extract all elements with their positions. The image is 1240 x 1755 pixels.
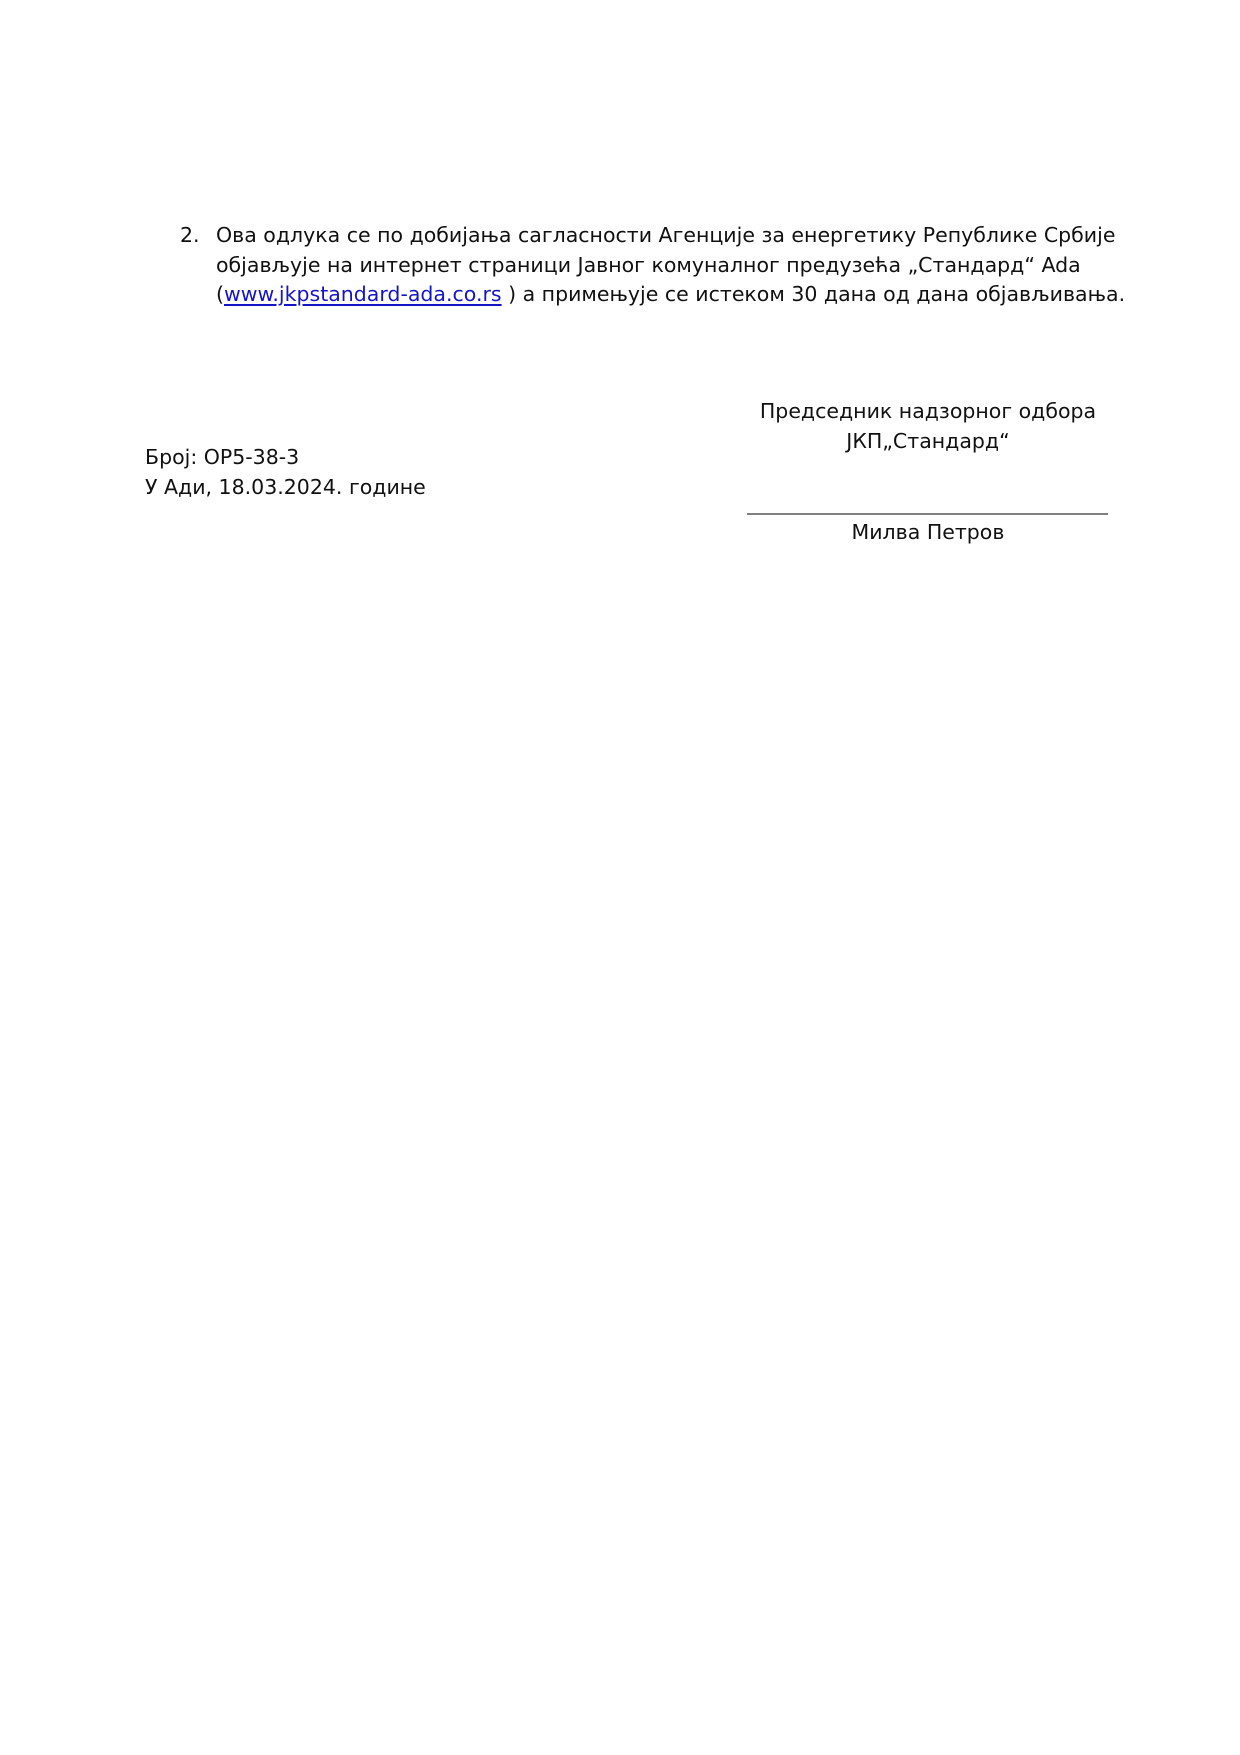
paragraph-line-3-rest: ) а примењује се истеком 30 дана од дана… [502, 282, 1126, 306]
reference-number: Број: ОР5-38-3 [145, 442, 426, 472]
paren-open: ( [216, 282, 224, 306]
signatory-title-block: Председник надзорног одбора ЈКП„Стандард… [747, 396, 1109, 456]
reference-block: Број: ОР5-38-3 У Ади, 18.03.2024. године [145, 442, 426, 502]
signature-line [747, 513, 1108, 515]
document-page: 2. Ова одлука се по добијања сагласности… [0, 0, 1240, 1755]
place-date: У Ади, 18.03.2024. године [145, 472, 426, 502]
signatory-name: Милва Петров [747, 517, 1109, 547]
item-text: Ова одлука се по добијања сагласности Аг… [216, 221, 1116, 310]
website-link[interactable]: www.jkpstandard-ada.co.rs [224, 282, 502, 306]
signatory-organization: ЈКП„Стандард“ [747, 426, 1109, 456]
paragraph-line-1: Ова одлука се по добијања сагласности Аг… [216, 221, 1116, 251]
paragraph-line-2: објављује на интернет страници Јавног ко… [216, 251, 1116, 281]
item-number: 2. [180, 221, 200, 251]
signatory-title: Председник надзорног одбора [747, 396, 1109, 426]
paragraph-line-3: (www.jkpstandard-ada.co.rs ) а примењује… [216, 280, 1116, 310]
